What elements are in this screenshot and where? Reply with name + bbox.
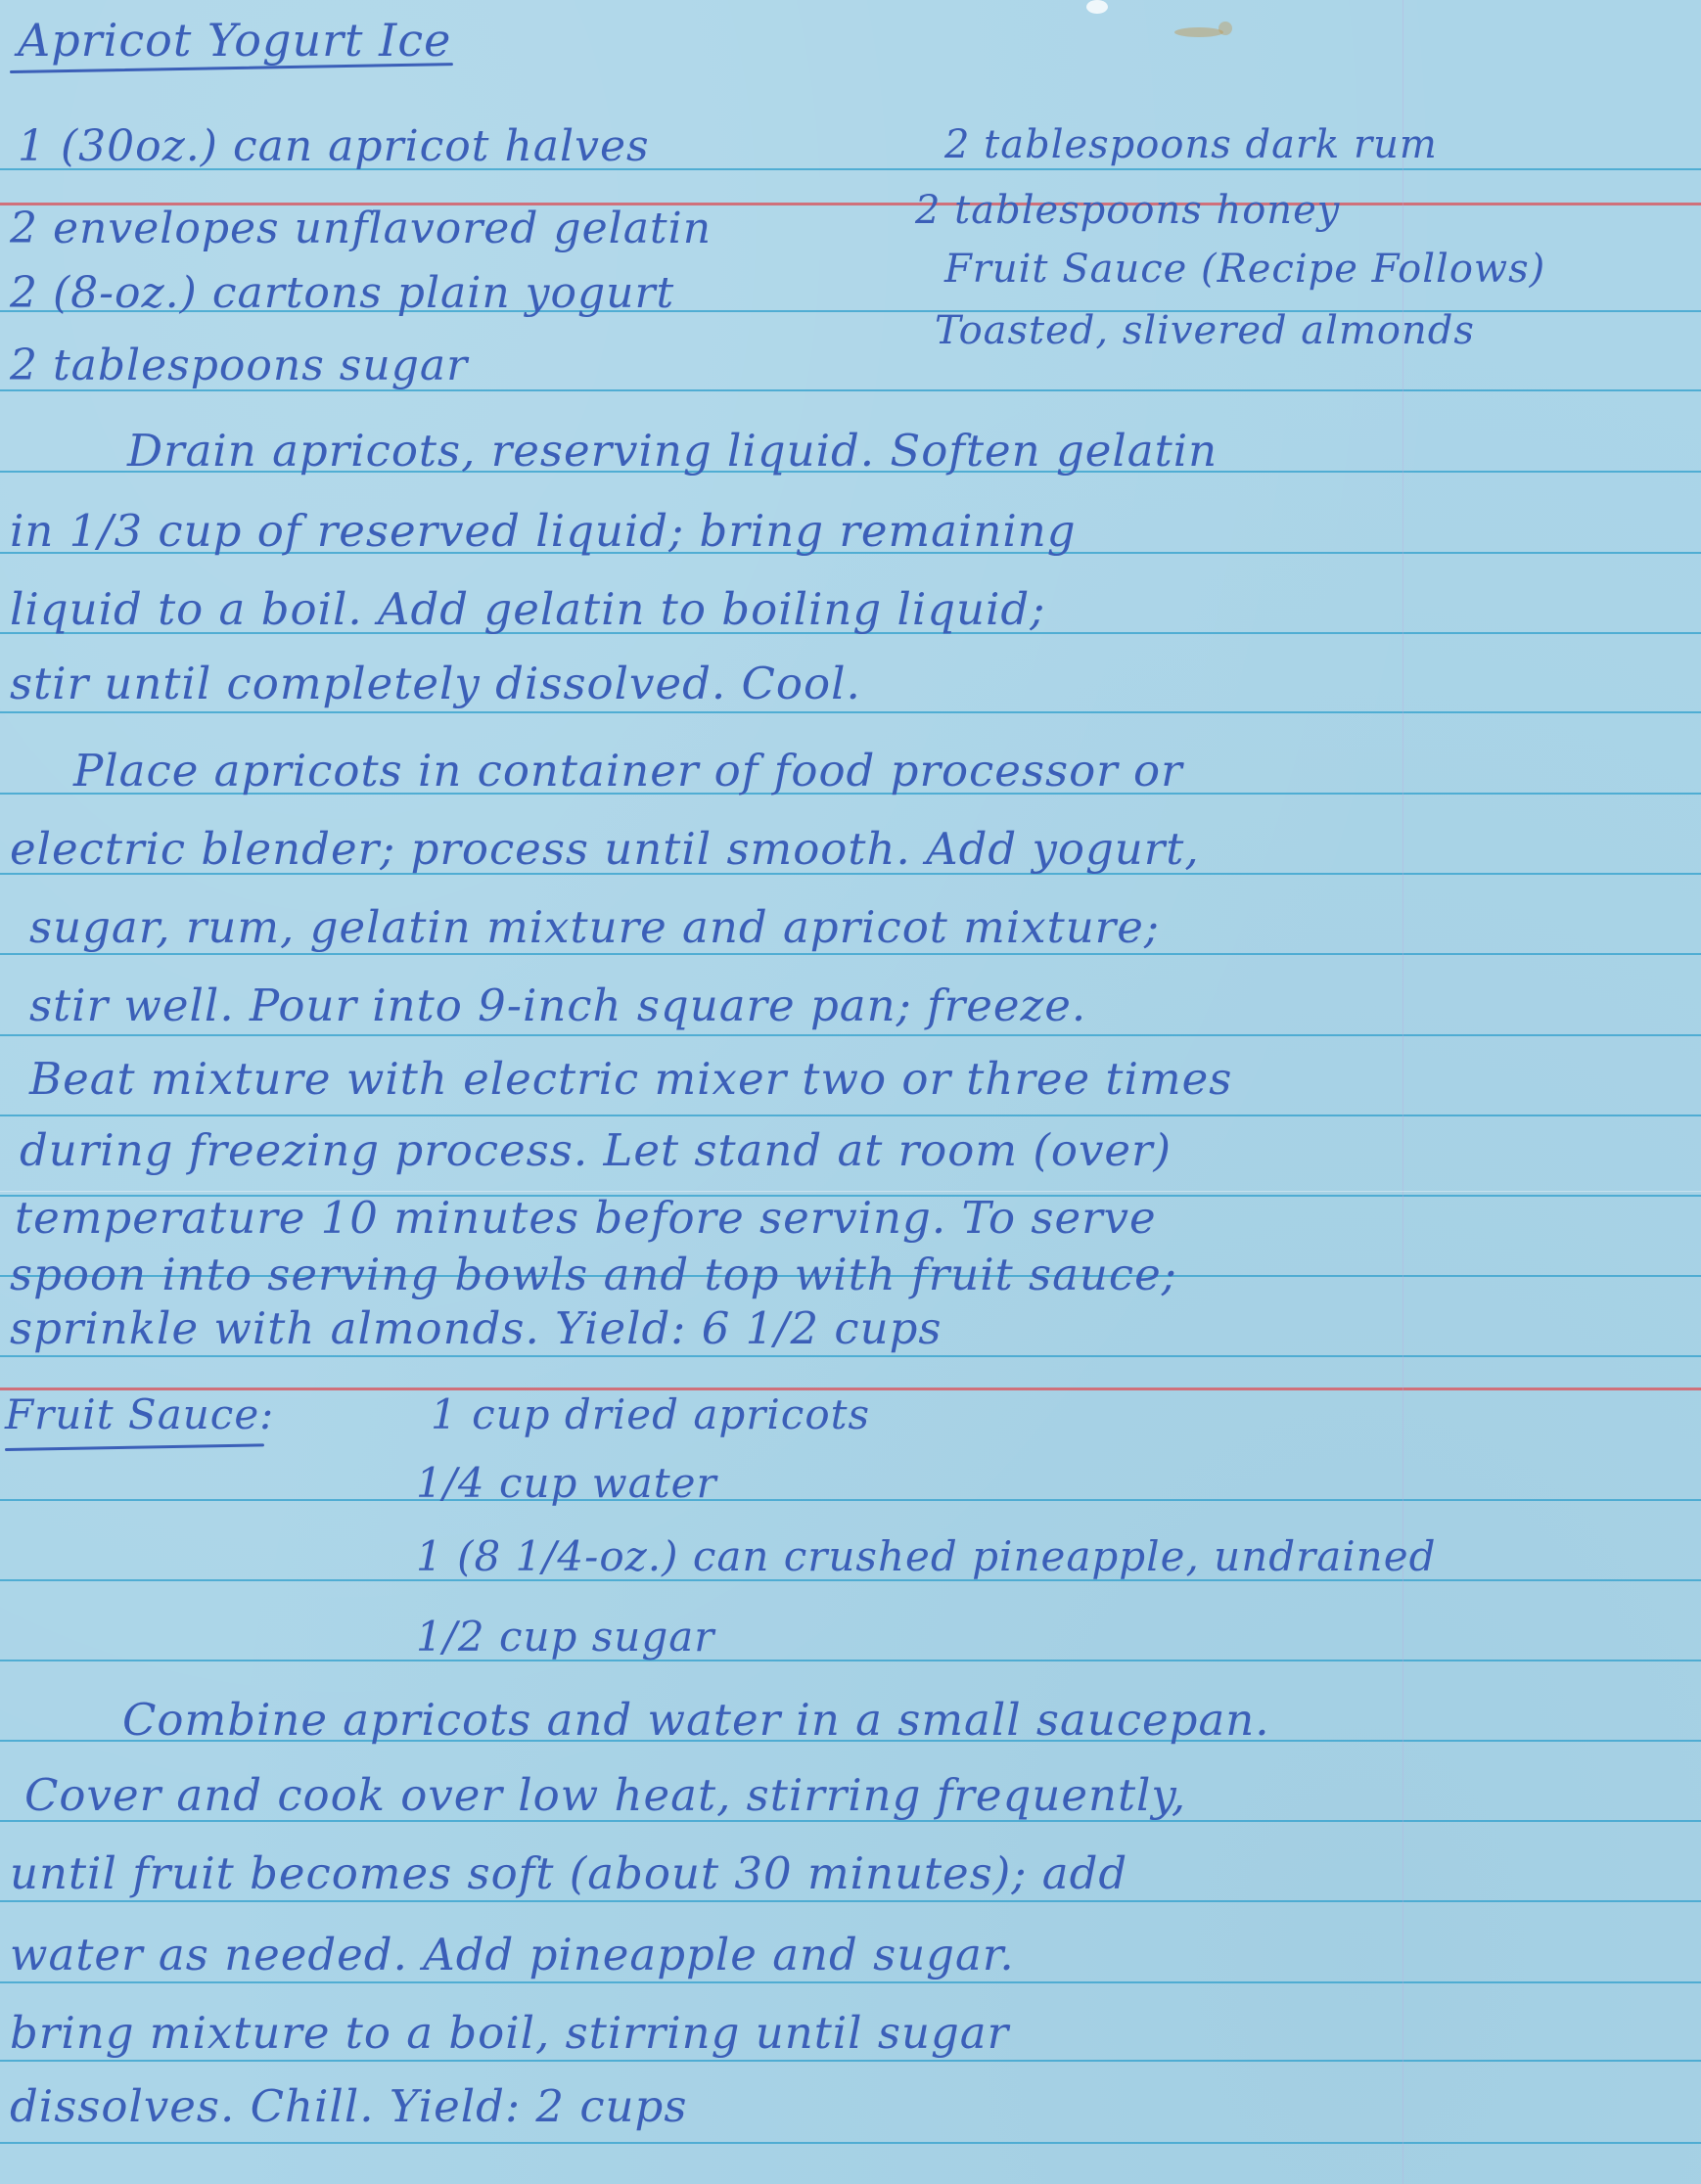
method-line: temperature 10 minutes before serving. T… bbox=[15, 1196, 1157, 1240]
method-line: sprinkle with almonds. Yield: 6 1/2 cups bbox=[10, 1306, 942, 1350]
method-line: Drain apricots, reserving liquid. Soften… bbox=[127, 429, 1218, 473]
method-line: in 1/3 cup of reserved liquid; bring rem… bbox=[10, 509, 1077, 553]
method-line: spoon into serving bowls and top with fr… bbox=[10, 1252, 1177, 1297]
method-line: electric blender; process until smooth. … bbox=[10, 827, 1200, 871]
fruit-sauce-underline bbox=[5, 1443, 264, 1451]
sauce-method-line: Cover and cook over low heat, stirring f… bbox=[24, 1773, 1186, 1817]
ruled-line bbox=[0, 711, 1701, 713]
ingredient-item: 1 (30oz.) can apricot halves bbox=[18, 125, 650, 168]
sauce-method-line: dissolves. Chill. Yield: 2 cups bbox=[10, 2084, 687, 2128]
ruled-line bbox=[0, 1660, 1701, 1661]
recipe-title: Apricot Yogurt Ice bbox=[18, 18, 451, 63]
method-line: Beat mixture with electric mixer two or … bbox=[29, 1057, 1232, 1101]
ingredient-item: 2 tablespoons sugar bbox=[10, 344, 468, 387]
paper-stain bbox=[1086, 0, 1108, 14]
method-line: during freezing process. Let stand at ro… bbox=[20, 1128, 1172, 1172]
ruled-line bbox=[0, 1900, 1701, 1902]
sauce-method-line: Combine apricots and water in a small sa… bbox=[122, 1698, 1270, 1742]
ruled-line bbox=[0, 1115, 1701, 1116]
sauce-method-line: until fruit becomes soft (about 30 minut… bbox=[10, 1851, 1127, 1895]
ruled-line bbox=[0, 1034, 1701, 1036]
ingredient-item: Fruit Sauce (Recipe Follows) bbox=[944, 250, 1545, 289]
fruit-sauce-heading: Fruit Sauce: bbox=[5, 1394, 274, 1435]
method-line: Place apricots in container of food proc… bbox=[73, 749, 1183, 793]
ingredient-item: 2 envelopes unflavored gelatin bbox=[10, 207, 712, 250]
ingredient-item: 2 tablespoons dark rum bbox=[944, 125, 1438, 164]
ruled-line bbox=[0, 953, 1701, 955]
ruled-line bbox=[0, 2060, 1701, 2062]
method-line: sugar, rum, gelatin mixture and apricot … bbox=[29, 905, 1160, 949]
ruled-line bbox=[0, 1981, 1701, 1983]
recipe-card: Apricot Yogurt Ice 1 (30oz.) can apricot… bbox=[0, 0, 1701, 2184]
sauce-ingredient: 1/2 cup sugar bbox=[416, 1616, 714, 1658]
ingredient-item: Toasted, slivered almonds bbox=[935, 311, 1475, 350]
ingredient-item: 2 (8-oz.) cartons plain yogurt bbox=[10, 272, 674, 315]
ruled-line bbox=[0, 1499, 1701, 1501]
paper-stain bbox=[1218, 22, 1232, 35]
method-line: stir until completely dissolved. Cool. bbox=[10, 661, 861, 705]
sauce-ingredient: 1 (8 1/4-oz.) can crushed pineapple, und… bbox=[416, 1536, 1436, 1577]
ingredient-item: 2 tablespoons honey bbox=[915, 191, 1340, 230]
method-line: liquid to a boil. Add gelatin to boiling… bbox=[10, 587, 1045, 631]
ruled-line bbox=[0, 2142, 1701, 2144]
paper-stain bbox=[1174, 27, 1223, 37]
sauce-ingredient: 1 cup dried apricots bbox=[431, 1394, 870, 1435]
sauce-method-line: bring mixture to a boil, stirring until … bbox=[10, 2011, 1009, 2055]
ruled-line bbox=[0, 1355, 1701, 1357]
sauce-method-line: water as needed. Add pineapple and sugar… bbox=[10, 1933, 1015, 1977]
sauce-ingredient: 1/4 cup water bbox=[416, 1463, 717, 1504]
method-line: stir well. Pour into 9-inch square pan; … bbox=[29, 983, 1086, 1027]
